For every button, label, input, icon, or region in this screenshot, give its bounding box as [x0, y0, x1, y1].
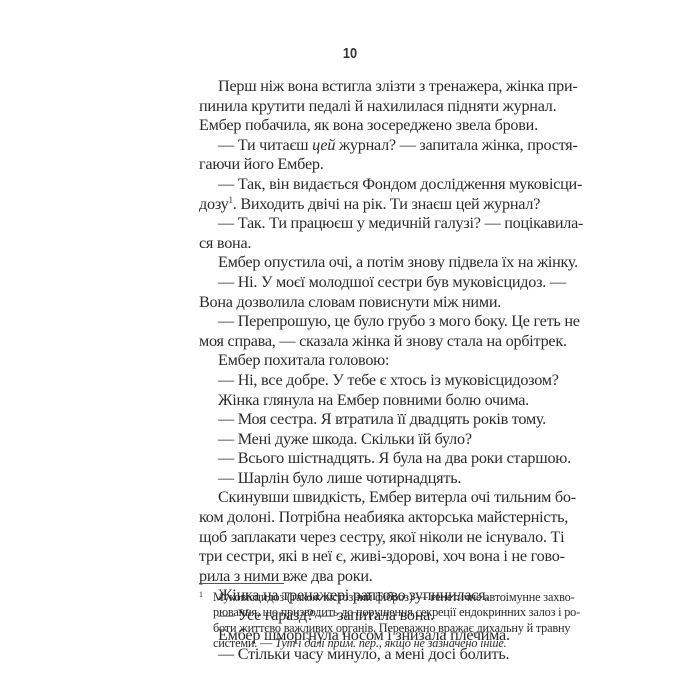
text-line: щоб заплакати через сестру, якої ніколи …	[199, 528, 521, 548]
text-span: системи. —	[213, 636, 275, 650]
text-line: — Так. Ти працюєш у медичній галузі? — п…	[199, 214, 521, 234]
text-span: Муковісцидоз (також кістозний фіброз) — …	[213, 590, 575, 604]
text-span: — Ти читаєш	[218, 136, 312, 154]
text-line: пинила крутити педалі й нахилилася підня…	[199, 97, 521, 117]
footnote-line: 1Муковісцидоз (також кістозний фіброз) —…	[199, 590, 521, 605]
footnote: 1Муковісцидоз (також кістозний фіброз) —…	[199, 590, 521, 651]
text-line: — Так, він видається Фондом дослідження …	[199, 175, 521, 195]
text-line: — Мені дуже шкода. Скільки їй було?	[199, 430, 521, 450]
page-number: 10	[53, 45, 648, 62]
text-line: Ембер побачила, як вона зосереджено звел…	[199, 116, 521, 136]
text-line: — Ні. У моєї молодшої сестри був муковіс…	[199, 273, 521, 293]
text-line: — Ти читаєш цей журнал? — запитала жінка…	[199, 136, 521, 156]
text-line: Ембер опустила очі, а потім знову підвел…	[199, 253, 521, 273]
text-span: . Виходить двічі на рік. Ти знаєш цей жу…	[233, 195, 540, 213]
body-text: Перш ніж вона встигла злізти з тренажера…	[199, 77, 521, 665]
text-span: боти життєво важливих органів. Переважно…	[213, 621, 570, 635]
text-line: — Моя сестра. Я втратила її двадцять рок…	[199, 410, 521, 430]
text-line: гаючи його Ембер.	[199, 155, 521, 175]
text-line: дозу1. Виходить двічі на рік. Ти знаєш ц…	[199, 195, 521, 215]
text-line: ся вона.	[199, 234, 521, 254]
text-span: рювання, що призводить до порушення секр…	[213, 605, 580, 619]
text-line: Перш ніж вона встигла злізти з тренажера…	[199, 77, 521, 97]
book-page: 10 Перш ніж вона встигла злізти з тренаж…	[0, 0, 700, 700]
footnote-line: рювання, що призводить до порушення секр…	[199, 605, 521, 620]
footnote-line: системи. — Тут і далі прим. пер., якщо н…	[199, 636, 521, 651]
text-span: дозу	[199, 195, 228, 213]
text-line: — Всього шістнадцять. Я була на два роки…	[199, 449, 521, 469]
text-line: моя справа, — сказала жінка й знову стал…	[199, 332, 521, 352]
text-line: ком долоні. Потрібна неабияка акторська …	[199, 508, 521, 528]
text-line: Жінка глянула на Ембер повними болю очим…	[199, 391, 521, 411]
footnote-line: боти життєво важливих органів. Переважно…	[199, 621, 521, 636]
text-span: журнал? — запитала жінка, простя-	[335, 136, 577, 154]
emphasis: цей	[312, 136, 335, 154]
footnote-divider	[199, 583, 284, 584]
text-line: Скинувши швидкість, Ембер витерла очі ти…	[199, 488, 521, 508]
text-line: три сестри, які в неї є, живі-здорові, х…	[199, 547, 521, 567]
text-line: — Перепрошую, це було грубо з мого боку.…	[199, 312, 521, 332]
footnote-marker: 1	[199, 587, 203, 602]
text-line: Вона дозволила словам повиснути між ними…	[199, 293, 521, 313]
emphasis: Тут і далі прим. пер., якщо не зазначено…	[275, 636, 506, 650]
text-line: Ембер похитала головою:	[199, 351, 521, 371]
text-line: — Ні, все добре. У тебе є хтось із муков…	[199, 371, 521, 391]
text-line: — Шарлін було лише чотирнадцять.	[199, 469, 521, 489]
